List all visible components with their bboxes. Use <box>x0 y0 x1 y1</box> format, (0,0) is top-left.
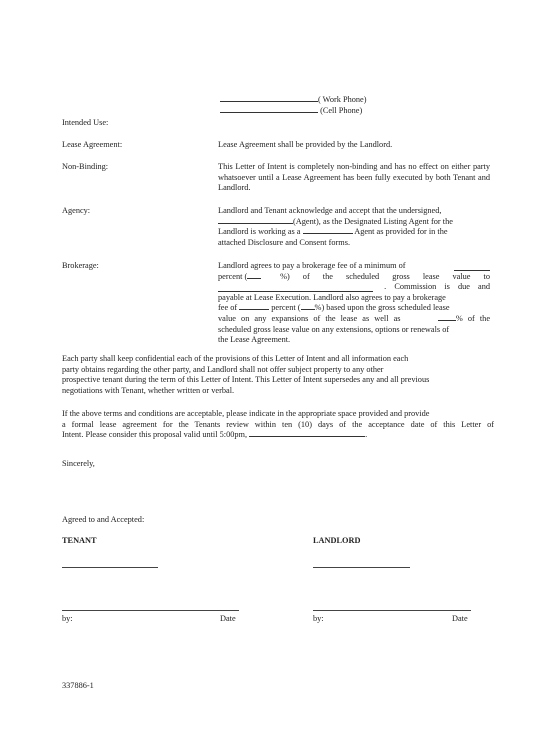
percent-blank-2[interactable] <box>301 308 315 310</box>
agent-type-blank[interactable] <box>303 232 353 234</box>
landlord-date-label: Date <box>452 614 468 625</box>
lease-agreement-label: Lease Agreement: <box>62 140 122 151</box>
brokerage-line-2: percent (%) of the scheduled gross lease… <box>218 272 490 283</box>
tenant-name-line[interactable] <box>62 567 158 568</box>
agency-line-1: Landlord and Tenant acknowledge and acce… <box>218 206 490 217</box>
brokerage-line-6: value on any expansions of the lease as … <box>218 314 490 325</box>
renewal-percent-blank[interactable] <box>438 319 456 321</box>
landlord-by-label: by: <box>313 614 324 625</box>
brokerage-line-4: payable at Lease Execution. Landlord als… <box>218 293 490 304</box>
closing-sincerely: Sincerely, <box>62 459 95 470</box>
landlord-heading: LANDLORD <box>313 536 360 547</box>
non-binding-text: This Letter of Intent is completely non-… <box>218 162 490 194</box>
tenant-heading: TENANT <box>62 536 97 547</box>
confidentiality-paragraph: Each party shall keep confidential each … <box>62 354 494 396</box>
cell-phone-row: (Cell Phone) <box>220 106 362 117</box>
brokerage-line-1: Landlord agrees to pay a brokerage fee o… <box>218 261 490 272</box>
agency-label: Agency: <box>62 206 90 217</box>
work-phone-label: ( Work Phone) <box>318 95 367 104</box>
intended-use-label: Intended Use: <box>62 118 108 129</box>
tenant-date-label: Date <box>220 614 236 625</box>
lease-agreement-text: Lease Agreement shall be provided by the… <box>218 140 490 151</box>
landlord-signature-line[interactable] <box>313 610 471 611</box>
cell-phone-blank[interactable] <box>220 111 318 113</box>
brokerage-line-8: the Lease Agreement. <box>218 335 490 346</box>
agency-line-3: Landlord is working as a Agent as provid… <box>218 227 490 238</box>
brokerage-text: Landlord agrees to pay a brokerage fee o… <box>218 261 490 346</box>
document-number: 337886-1 <box>62 681 94 692</box>
landlord-name-line[interactable] <box>313 567 410 568</box>
percent-blank-1[interactable] <box>247 277 261 279</box>
payee-blank[interactable] <box>218 290 373 292</box>
brokerage-label: Brokerage: <box>62 261 99 272</box>
agency-line-4: attached Disclosure and Consent forms. <box>218 238 490 249</box>
brokerage-line-3: . Commission is due and <box>218 282 490 293</box>
agency-line-2: (Agent), as the Designated Listing Agent… <box>218 217 490 228</box>
non-binding-label: Non-Binding: <box>62 162 108 173</box>
tenant-signature-line[interactable] <box>62 610 239 611</box>
expansion-fee-blank[interactable] <box>239 308 269 310</box>
agency-text: Landlord and Tenant acknowledge and acce… <box>218 206 490 248</box>
agent-name-blank[interactable] <box>218 222 293 224</box>
agreed-accepted-label: Agreed to and Accepted: <box>62 515 144 526</box>
cell-phone-label: (Cell Phone) <box>320 106 362 115</box>
work-phone-blank[interactable] <box>220 100 318 102</box>
acceptance-line-3: Intent. Please consider this proposal va… <box>62 430 494 441</box>
work-phone-row: ( Work Phone) <box>220 95 367 106</box>
brokerage-line-7: scheduled gross lease value on any exten… <box>218 325 490 336</box>
brokerage-line-5: fee of percent (%) based upon the gross … <box>218 303 490 314</box>
valid-until-date-blank[interactable] <box>249 435 365 437</box>
acceptance-paragraph: If the above terms and conditions are ac… <box>62 409 494 441</box>
tenant-by-label: by: <box>62 614 73 625</box>
